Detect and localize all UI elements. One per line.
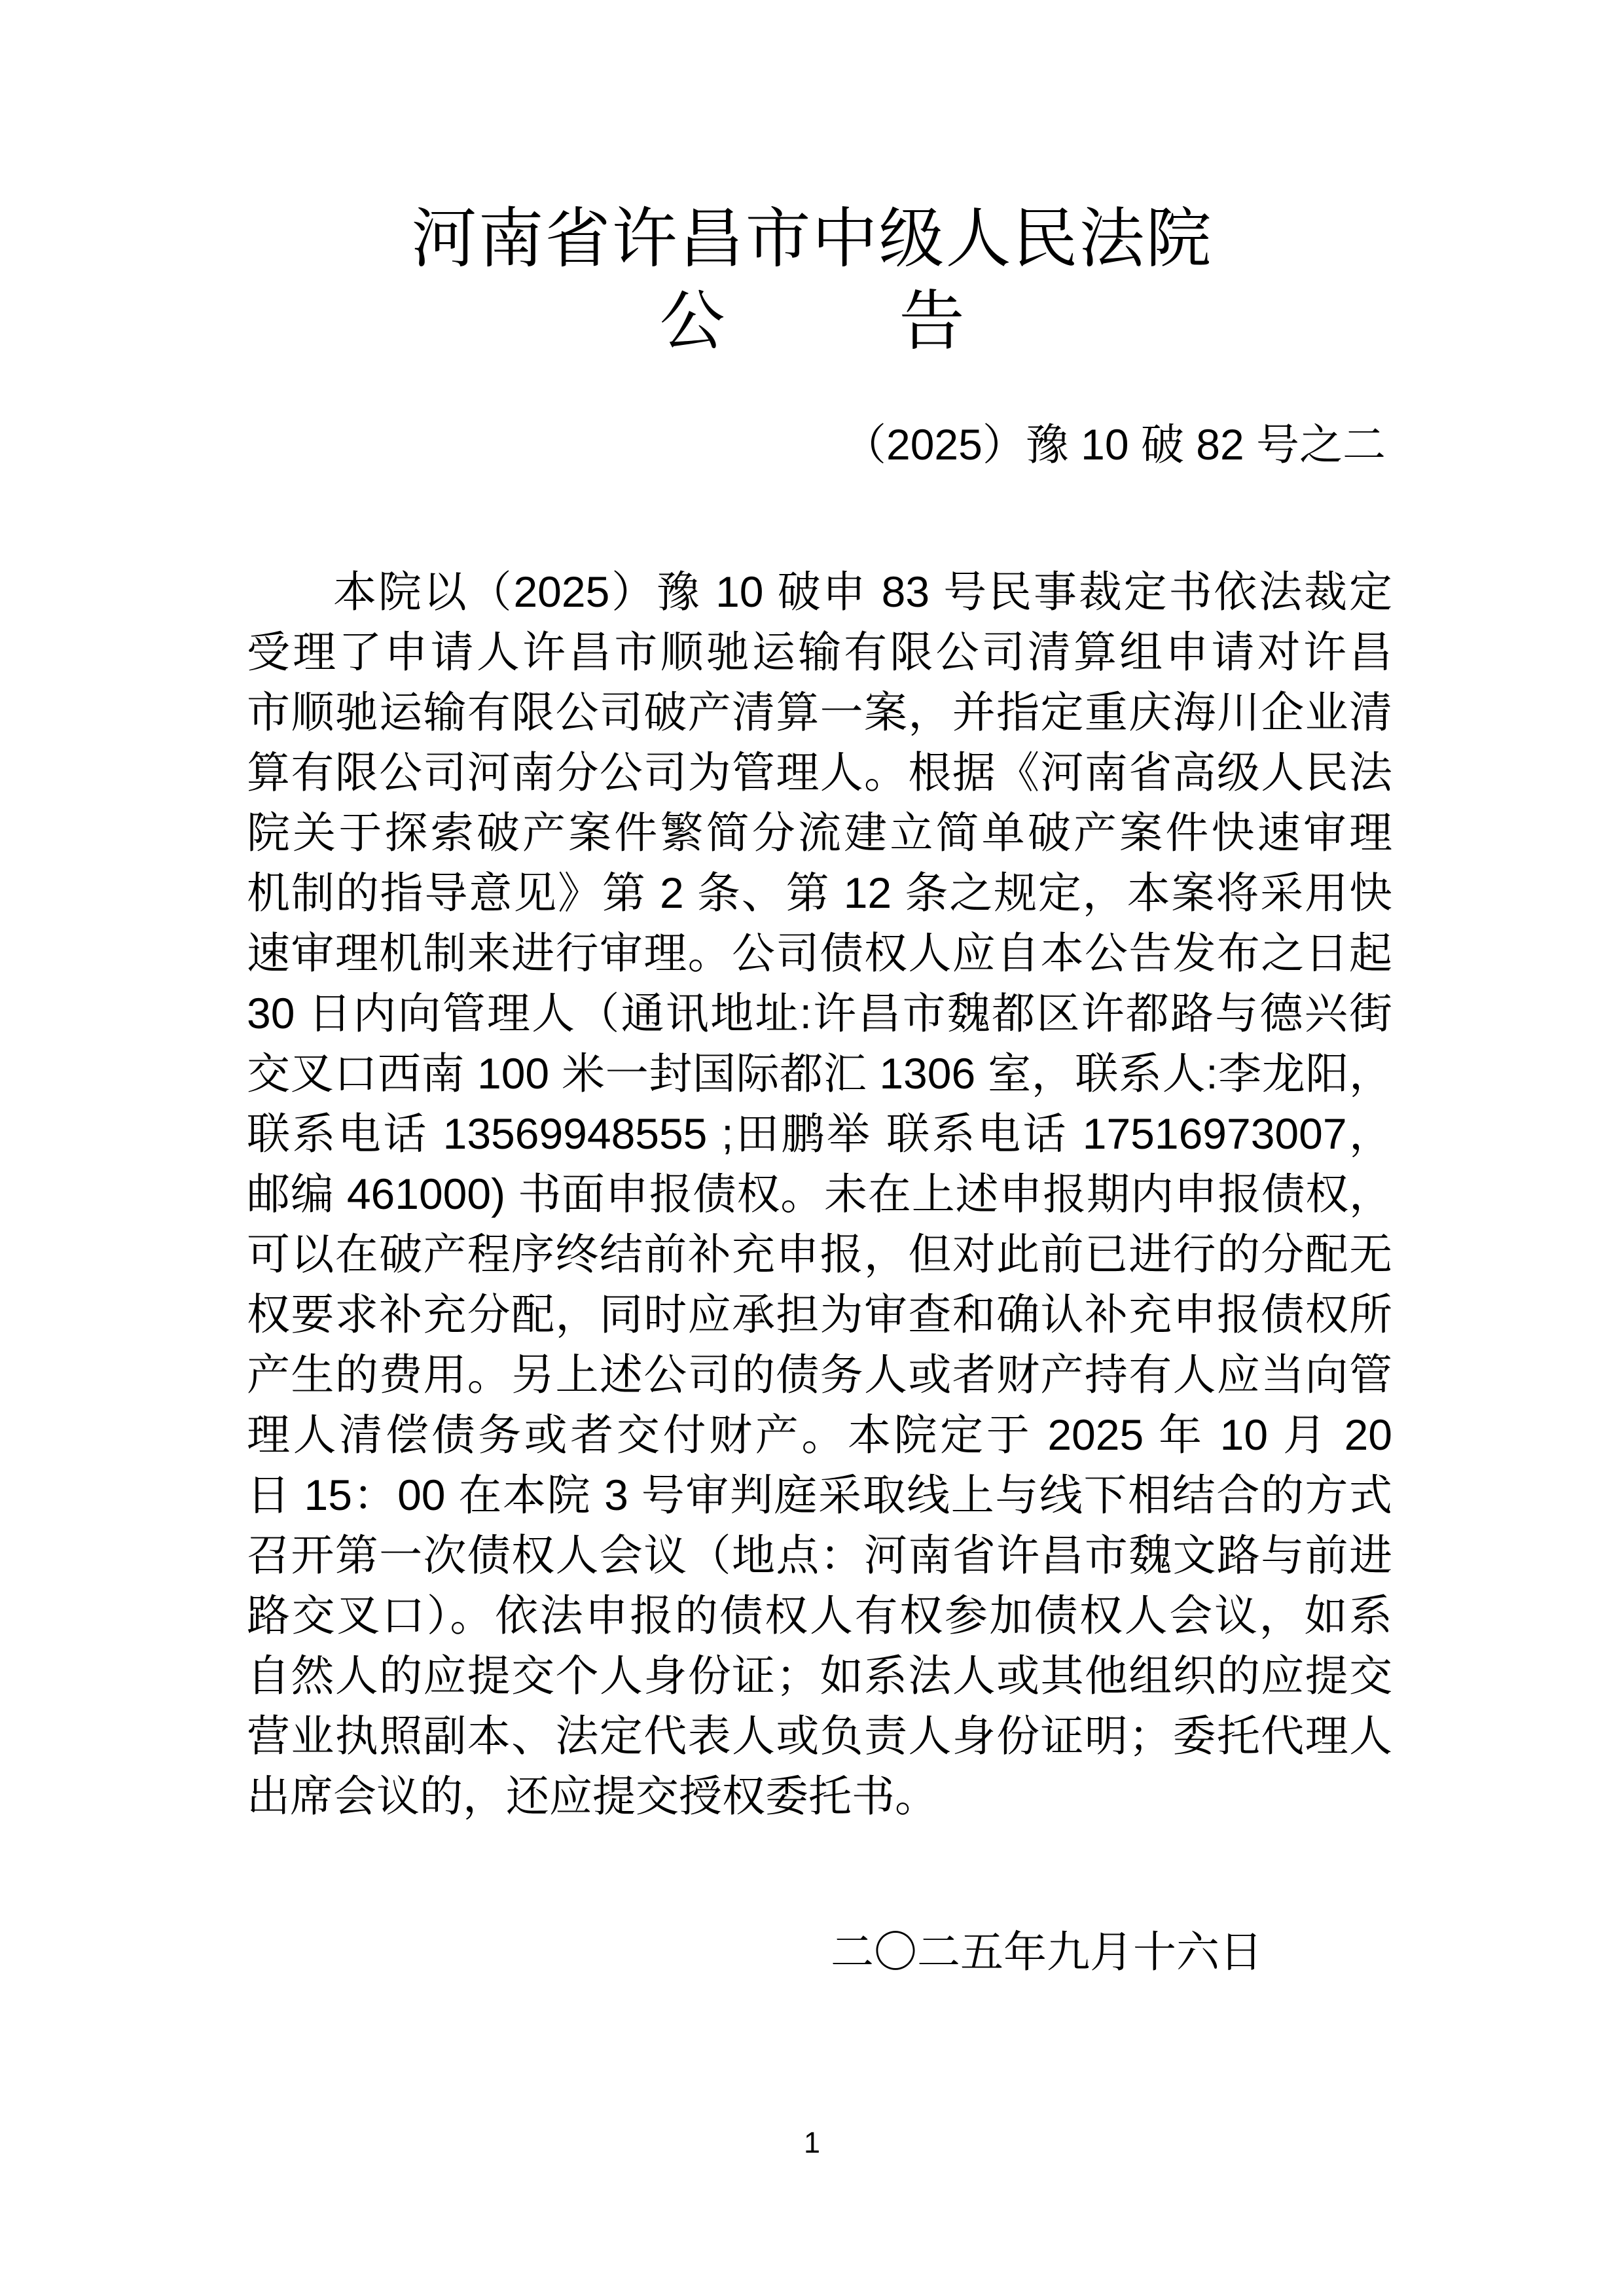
body-line: 院关于探索破产案件繁简分流建立简单破产案件快速审理 <box>247 802 1392 863</box>
announcement-body: 本院以（2025）豫 10 破申 83 号民事裁定书依法裁定 受理了申请人许昌市… <box>247 562 1392 1826</box>
body-line: 交叉口西南 100 米一封国际都汇 1306 室，联系人:李龙阳， <box>247 1043 1392 1103</box>
body-line: 机制的指导意见》第 2 条、第 12 条之规定，本案将采用快 <box>247 863 1392 923</box>
body-line: 日 15：00 在本院 3 号审判庭采取线上与线下相结合的方式 <box>247 1465 1392 1525</box>
page-number: 1 <box>0 2125 1624 2161</box>
announcement-date: 二〇二五年九月十六日 <box>831 1922 1263 1982</box>
court-name-title: 河南省许昌市中级人民法院 <box>0 198 1624 279</box>
body-line: 召开第一次债权人会议（地点：河南省许昌市魏文路与前进 <box>247 1525 1392 1585</box>
body-line: 联系电话 13569948555 ;田鹏举 联系电话 17516973007， <box>247 1103 1392 1164</box>
body-line: 权要求补充分配，同时应承担为审查和确认补充申报债权所 <box>247 1284 1392 1344</box>
body-line: 市顺驰运输有限公司破产清算一案，并指定重庆海川企业清 <box>247 682 1392 742</box>
body-line: 路交叉口）。依法申报的债权人有权参加债权人会议，如系 <box>247 1585 1392 1645</box>
body-line: 出席会议的，还应提交授权委托书。 <box>247 1766 1392 1826</box>
body-line: 产生的费用。另上述公司的债务人或者财产持有人应当向管 <box>247 1344 1392 1405</box>
body-line: 算有限公司河南分公司为管理人。根据《河南省高级人民法 <box>247 742 1392 802</box>
body-line: 理人清偿债务或者交付财产。本院定于 2025 年 10 月 20 <box>247 1405 1392 1465</box>
body-line: 自然人的应提交个人身份证；如系法人或其他组织的应提交 <box>247 1645 1392 1706</box>
body-line: 30 日内向管理人（通讯地址:许昌市魏都区许都路与德兴街 <box>247 983 1392 1043</box>
body-line: 可以在破产程序终结前补充申报，但对此前已进行的分配无 <box>247 1224 1392 1284</box>
document-page: 河南省许昌市中级人民法院 公 告 （2025）豫 10 破 82 号之二 本院以… <box>0 0 1624 2296</box>
announcement-title: 公 告 <box>0 280 1624 363</box>
case-number: （2025）豫 10 破 82 号之二 <box>843 414 1386 475</box>
body-line: 营业执照副本、法定代表人或负责人身份证明；委托代理人 <box>247 1706 1392 1766</box>
body-line: 本院以（2025）豫 10 破申 83 号民事裁定书依法裁定 <box>247 562 1392 622</box>
body-line: 受理了申请人许昌市顺驰运输有限公司清算组申请对许昌 <box>247 622 1392 682</box>
body-line: 邮编 461000) 书面申报债权。未在上述申报期内申报债权， <box>247 1164 1392 1224</box>
body-line: 速审理机制来进行审理。公司债权人应自本公告发布之日起 <box>247 923 1392 983</box>
